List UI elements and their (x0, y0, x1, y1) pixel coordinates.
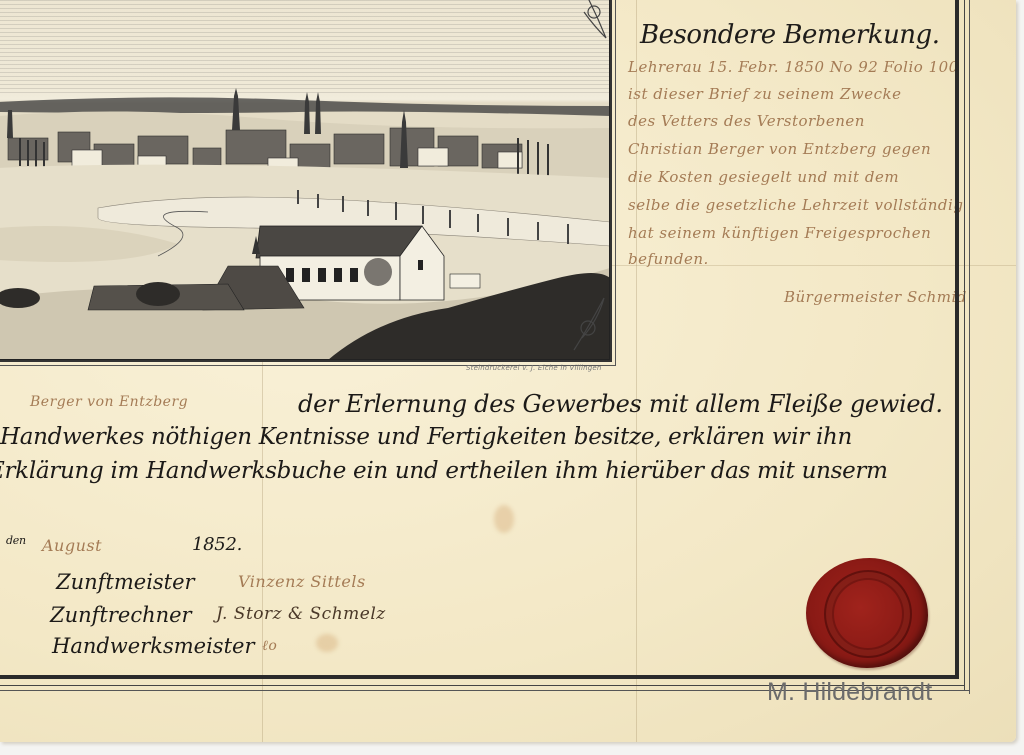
stain (316, 634, 338, 652)
body-line: Erklärung im Handwerksbuche ein und erth… (0, 458, 888, 484)
remarks-line: des Vetters des Verstorbenen (628, 112, 865, 130)
printer-credit: Steindruckerei v. J. Eiche in Villingen (466, 364, 602, 372)
town-view-illustration (0, 0, 610, 360)
remarks-line: die Kosten gesiegelt und mit dem (628, 168, 899, 186)
certificate-paper: Steindruckerei v. J. Eiche in Villingen … (0, 0, 1016, 742)
frame-border (964, 0, 965, 690)
frame-border (969, 0, 970, 694)
signature-name: J. Storz & Schmelz (216, 604, 386, 624)
photographer-watermark: M. Hildebrandt (767, 678, 932, 707)
remarks-line: hat seinem künftigen Freigesprochen (628, 224, 931, 242)
remarks-line: befunden. (628, 250, 709, 268)
signature-role: Handwerksmeister (52, 634, 254, 658)
apprentice-name: Berger von Entzberg (30, 394, 188, 410)
town-engraving (0, 0, 612, 362)
remarks-title: Besondere Bemerkung. (640, 20, 939, 50)
frame-border (955, 0, 959, 678)
date-year: 1852. (192, 534, 242, 555)
remarks-line: Lehrerau 15. Febr. 1850 No 92 Folio 100 (628, 58, 959, 76)
signature-name: Vinzenz Sittels (238, 572, 366, 591)
wax-seal (806, 558, 928, 668)
remarks-signature: Bürgermeister Schmid (784, 288, 967, 306)
signature-name: ℓo (262, 638, 277, 655)
seal-emblem (824, 570, 912, 658)
signature-role: Zunftmeister (56, 570, 195, 594)
date-month: August (42, 536, 102, 555)
date-prefix: den (6, 534, 26, 547)
remarks-line: selbe die gesetzliche Lehrzeit vollständ… (628, 196, 963, 214)
remarks-line: ist dieser Brief zu seinem Zwecke (628, 85, 902, 103)
remarks-line: Christian Berger von Entzberg gegen (628, 140, 931, 158)
signature-role: Zunftrechner (50, 603, 192, 627)
body-line: Handwerkes nöthigen Kentnisse und Fertig… (0, 424, 852, 450)
body-line: der Erlernung des Gewerbes mit allem Fle… (298, 390, 943, 418)
stain (494, 505, 514, 533)
